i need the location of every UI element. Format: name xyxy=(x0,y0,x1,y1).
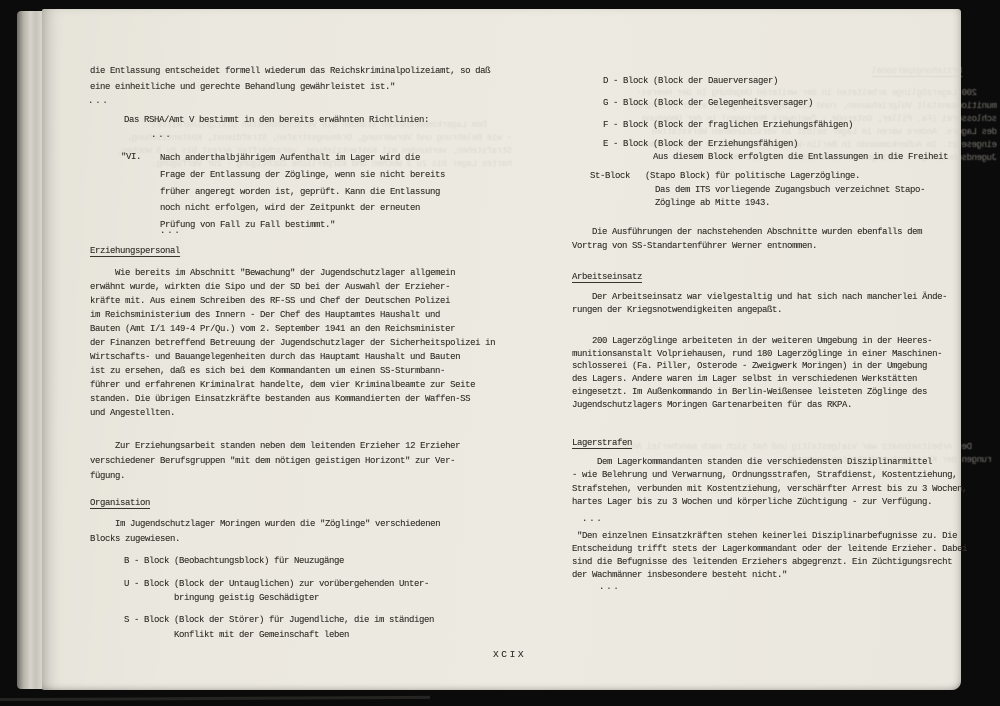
block-list-item-f: F - Block (Block der fraglichen Erziehun… xyxy=(603,118,1000,132)
document-page: Erziehungspersonal 200 Lagerzöglinge arb… xyxy=(42,9,961,690)
continuation-paragraph: die Entlassung entscheidet formell wiede… xyxy=(90,63,525,95)
ellipsis-marker: ... xyxy=(88,94,523,108)
heading-arbeitseinsatz: Arbeitseinsatz xyxy=(572,270,1000,284)
block-list-item-d: D - Block (Block der Dauerversager) xyxy=(603,74,1000,88)
paragraph-ausfuehrungen: Die Ausführungen der nachstehenden Absch… xyxy=(572,226,1000,253)
paragraph-organisation: Im Jugendschutzlager Moringen wurden die… xyxy=(90,517,525,547)
ellipsis-marker: ... xyxy=(599,580,1000,594)
book-photo-background: Erziehungspersonal 200 Lagerzöglinge arb… xyxy=(0,0,1000,706)
ellipsis-marker: ... xyxy=(582,512,1000,526)
paragraph-lagerstrafen: Dem Lagerkommandanten standen die versch… xyxy=(572,456,1000,509)
paragraph-arbeitseinsatz-2: 200 Lagerzöglinge arbeiteten in der weit… xyxy=(572,335,1000,411)
photo-table-edge xyxy=(0,696,430,701)
block-list-item-u: U - Block (Block der Untauglichen) zur v… xyxy=(124,578,559,605)
block-list-item-s: S - Block (Block der Störer) für Jugendl… xyxy=(124,613,559,643)
block-list-item-b: B - Block (Beobachtungsblock) für Neuzug… xyxy=(124,554,559,568)
page-number: XCIX xyxy=(493,648,928,662)
quote-vi-text: Nach anderthalbjährigem Aufenthalt im La… xyxy=(160,150,510,234)
heading-erziehungspersonal: Erziehungspersonal xyxy=(90,244,525,258)
block-list-item-g: G - Block (Block der Gelegenheitsversage… xyxy=(603,96,1000,110)
block-list-item-st: St-Block (Stapo Block) für politische La… xyxy=(590,170,1000,211)
ellipsis-marker: ... xyxy=(160,224,595,238)
block-list-item-e: E - Block (Block der Erziehungsfähigen) … xyxy=(603,138,1000,163)
ellipsis-marker: ... xyxy=(151,128,586,142)
page-edge-stack xyxy=(17,11,43,689)
paragraph-erzieher: Zur Erziehungsarbeit standen neben dem l… xyxy=(90,439,525,484)
rsha-richtlinien-paragraph: Das RSHA/Amt V bestimmt in den bereits e… xyxy=(124,113,559,127)
heading-organisation: Organisation xyxy=(90,496,525,510)
paragraph-erziehungspersonal: Wie bereits im Abschnitt "Bewachung" der… xyxy=(90,266,525,420)
paragraph-arbeitseinsatz-1: Der Arbeitseinsatz war vielgestaltig und… xyxy=(572,291,1000,317)
quote-disziplinarbefugnisse: "Den einzelnen Einsatzkräften stehen kei… xyxy=(572,530,1000,582)
heading-lagerstrafen: Lagerstrafen xyxy=(572,436,1000,450)
